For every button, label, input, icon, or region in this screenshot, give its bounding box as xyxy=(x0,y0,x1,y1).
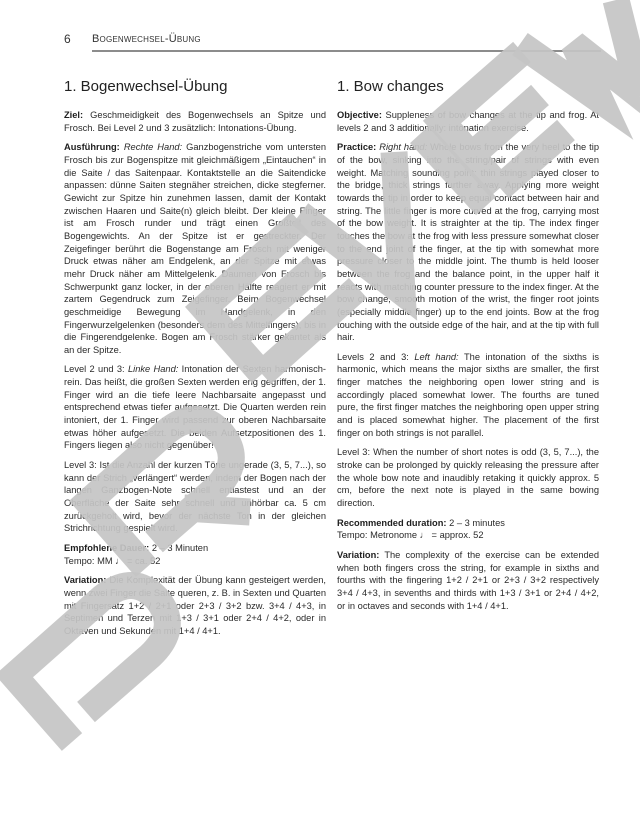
running-header: 6 Bogenwechsel-Übung xyxy=(64,30,604,50)
german-variation: Variation: Die Komplexität der Übung kan… xyxy=(64,574,326,637)
english-level-2-3: Levels 2 and 3: Left hand: The intonatio… xyxy=(337,351,599,440)
german-level-2-3: Level 2 und 3: Linke Hand: Intonation de… xyxy=(64,363,326,452)
german-section-title: 1. Bogenwechsel-Übung xyxy=(64,78,326,96)
english-tempo: Tempo: Metronome ♩ = approx. 52 xyxy=(337,529,599,542)
german-duration: Empfohlene Dauer: 2 – 3 Minuten xyxy=(64,542,326,555)
variation-label: Variation: xyxy=(337,550,379,560)
page-number: 6 xyxy=(64,32,71,46)
english-objective: Objective: Suppleness of bow changes at … xyxy=(337,109,599,134)
german-column: 1. Bogenwechsel-Übung Ziel: Geschmeidigk… xyxy=(64,78,326,645)
german-objective: Ziel: Geschmeidigkeit des Bogenwechsels … xyxy=(64,109,326,134)
duration-label: Recommended duration: xyxy=(337,518,447,528)
header-rule xyxy=(92,50,601,52)
german-practice: Ausführung: Rechte Hand: Ganzbogenstrich… xyxy=(64,141,326,356)
running-title: Bogenwechsel-Übung xyxy=(92,33,201,45)
german-level-3: Level 3: Ist die Anzahl der kurzen Töne … xyxy=(64,459,326,535)
english-level-3: Level 3: When the number of short notes … xyxy=(337,446,599,509)
duration-label: Empfohlene Dauer: xyxy=(64,543,149,553)
english-practice: Practice: Right hand: Whole bows from th… xyxy=(337,141,599,344)
variation-label: Variation: xyxy=(64,575,106,585)
english-section-title: 1. Bow changes xyxy=(337,78,599,96)
document-page: 6 Bogenwechsel-Übung 1. Bogenwechsel-Übu… xyxy=(0,0,640,839)
objective-label: Ziel: xyxy=(64,110,83,120)
objective-label: Objective: xyxy=(337,110,382,120)
practice-label: Ausführung: xyxy=(64,142,120,152)
german-tempo: Tempo: MM ♩ = ca. 52 xyxy=(64,555,326,568)
english-column: 1. Bow changes Objective: Suppleness of … xyxy=(337,78,599,619)
english-variation: Variation: The complexity of the exercis… xyxy=(337,549,599,612)
english-duration: Recommended duration: 2 – 3 minutes xyxy=(337,517,599,530)
practice-label: Practice: xyxy=(337,142,376,152)
